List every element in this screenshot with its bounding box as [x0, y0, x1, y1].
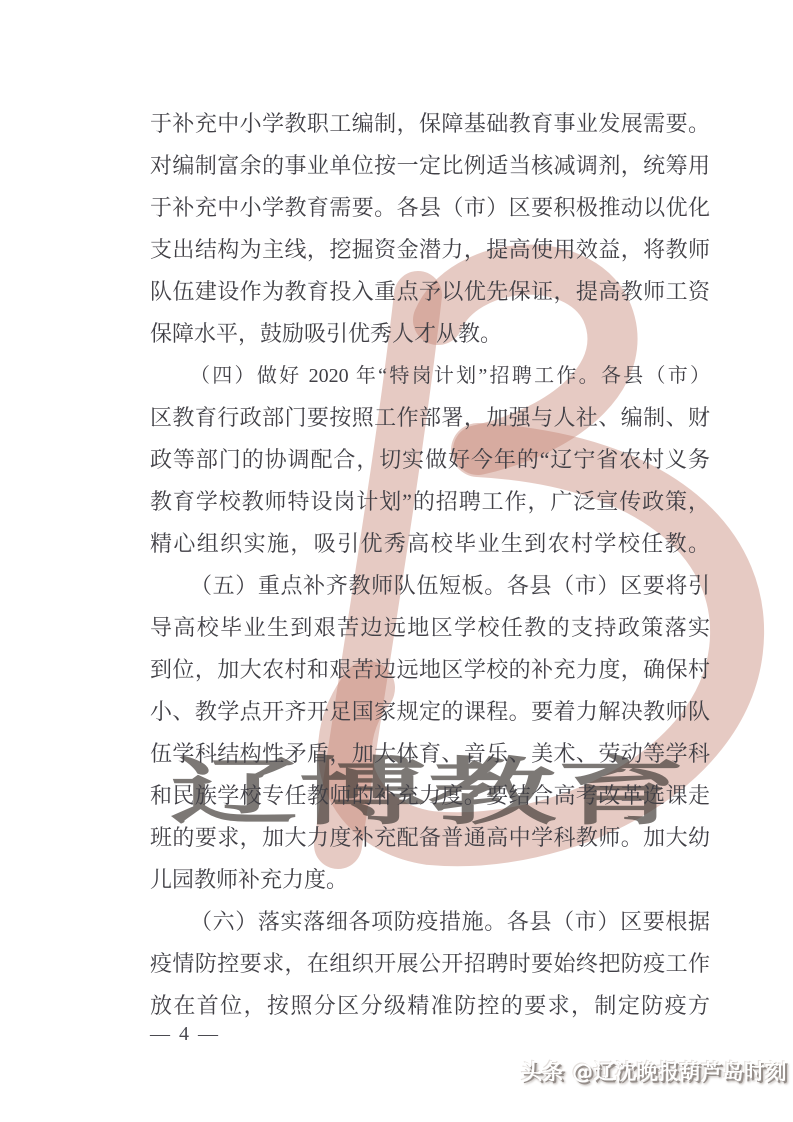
text-line: 小、教学点开齐开足国家规定的课程。要着力解决教师队 [150, 691, 710, 733]
text-line: 区教育行政部门要按照工作部署，加强与人社、编制、财 [150, 397, 710, 439]
toutiao-watermark: 头条 @辽沈晚报葫芦岛时刻 [521, 1057, 787, 1087]
text-line: 到位，加大农村和艰苦边远地区学校的补充力度，确保村 [150, 649, 710, 691]
text-line: 于补充中小学教职工编制，保障基础教育事业发展需要。 [150, 103, 710, 145]
text-line: 对编制富余的事业单位按一定比例适当核减调剂，统筹用 [150, 145, 710, 187]
text-line: （六）落实落细各项防疫措施。各县（市）区要根据 [150, 901, 710, 943]
text-line: 和民族学校专任教师的补充力度。要结合高考改革选课走 [150, 775, 710, 817]
text-line: 于补充中小学教育需要。各县（市）区要积极推动以优化 [150, 187, 710, 229]
text-line: 支出结构为主线，挖掘资金潜力，提高使用效益，将教师 [150, 229, 710, 271]
text-line: （五）重点补齐教师队伍短板。各县（市）区要将引 [150, 565, 710, 607]
text-line: 教育学校教师特设岗计划”的招聘工作，广泛宣传政策， [150, 481, 710, 523]
text-line: 儿园教师补充力度。 [150, 859, 710, 901]
text-line: 导高校毕业生到艰苦边远地区学校任教的支持政策落实 [150, 607, 710, 649]
document-body: 于补充中小学教职工编制，保障基础教育事业发展需要。 对编制富余的事业单位按一定比… [150, 103, 710, 1027]
text-line: 伍学科结构性矛盾，加大体育、音乐、美术、劳动等学科 [150, 733, 710, 775]
text-line: 保障水平，鼓励吸引优秀人才从教。 [150, 313, 710, 355]
text-line: 政等部门的协调配合，切实做好今年的“辽宁省农村义务 [150, 439, 710, 481]
text-line: 班的要求，加大力度补充配备普通高中学科教师。加大幼 [150, 817, 710, 859]
document-page: 辽博教育 于补充中小学教职工编制，保障基础教育事业发展需要。 对编制富余的事业单… [0, 0, 793, 1122]
text-line: 队伍建设作为教育投入重点予以优先保证，提高教师工资 [150, 271, 710, 313]
text-line: 放在首位，按照分区分级精准防控的要求，制定防疫方案， [150, 985, 710, 1027]
text-line: （四）做好 2020 年“特岗计划”招聘工作。各县（市） [150, 355, 710, 397]
page-number: — 4 — [150, 1020, 220, 1048]
text-line: 精心组织实施，吸引优秀高校毕业生到农村学校任教。 [150, 523, 710, 565]
text-line: 疫情防控要求，在组织开展公开招聘时要始终把防疫工作 [150, 943, 710, 985]
